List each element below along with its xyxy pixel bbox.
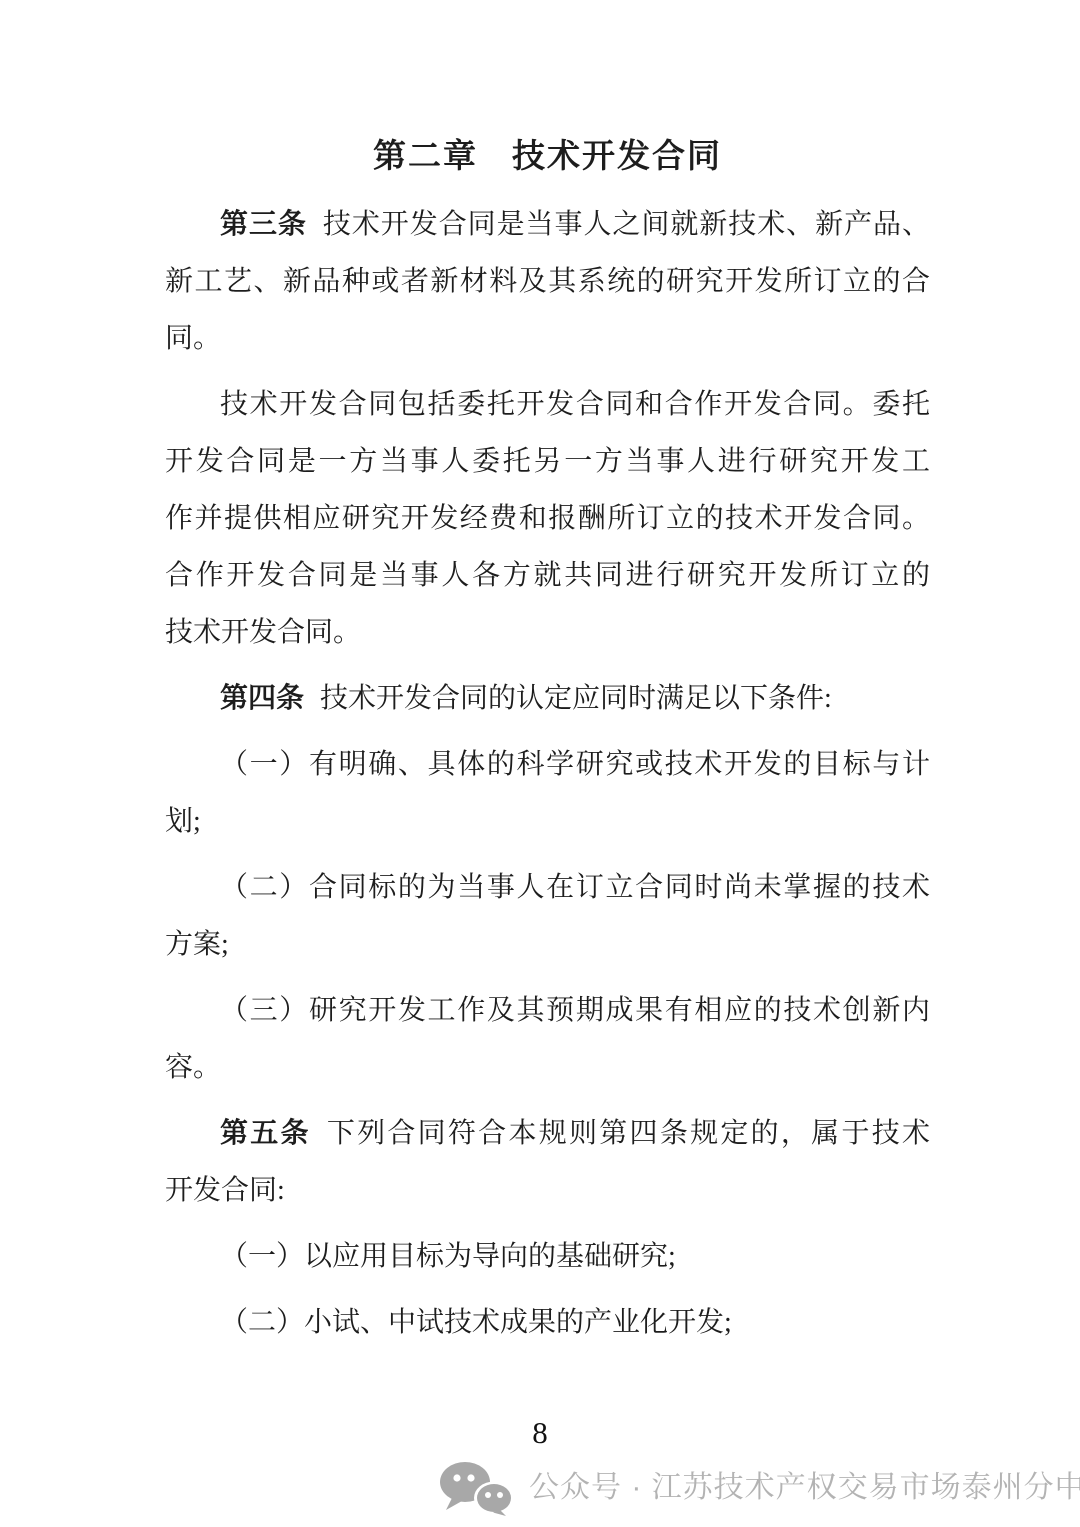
text-line: 技术开发合同包括委托开发合同和合作开发合同。委托 xyxy=(165,376,930,433)
chapter-number: 第二章 xyxy=(373,137,478,174)
text-line: 合作开发合同是当事人各方就共同进行研究开发所订立的 xyxy=(165,547,930,604)
text-line: 划; xyxy=(165,793,930,850)
footer-banner: 公众号 · 江苏技术产权交易市场泰州分中心 xyxy=(438,1460,1080,1516)
text-line: 第四条技术开发合同的认定应同时满足以下条件: xyxy=(165,670,930,727)
line-text: 开发合同是一方当事人委托另一方当事人进行研究开发工 xyxy=(165,446,930,477)
line-text: （三）研究开发工作及其预期成果有相应的技术创新内 xyxy=(220,995,930,1026)
text-line: 技术开发合同。 xyxy=(165,604,930,661)
line-text: 技术开发合同包括委托开发合同和合作开发合同。委托 xyxy=(220,389,930,420)
paragraph-list: 第三条技术开发合同是当事人之间就新技术、新产品、新工艺、新品种或者新材料及其系统… xyxy=(165,196,930,1351)
text-line: （二）合同标的为当事人在订立合同时尚未掌握的技术 xyxy=(165,859,930,916)
line-text: 技术开发合同是当事人之间就新技术、新产品、 xyxy=(323,209,930,240)
line-text: （二）小试、中试技术成果的产业化开发; xyxy=(220,1307,732,1338)
paragraph: （一）有明确、具体的科学研究或技术开发的目标与计划; xyxy=(165,736,930,850)
line-text: 容。 xyxy=(165,1052,221,1083)
text-line: （一）以应用目标为导向的基础研究; xyxy=(165,1228,930,1285)
chapter-name: 技术开发合同 xyxy=(512,137,722,174)
text-line: 开发合同: xyxy=(165,1162,930,1219)
text-line: 开发合同是一方当事人委托另一方当事人进行研究开发工 xyxy=(165,433,930,490)
text-line: 新工艺、新品种或者新材料及其系统的研究开发所订立的合 xyxy=(165,253,930,310)
text-line: （二）小试、中试技术成果的产业化开发; xyxy=(165,1294,930,1351)
chapter-title: 第二章技术开发合同 xyxy=(165,127,930,184)
footer-watermark-text: 公众号 · 江苏技术产权交易市场泰州分中心 xyxy=(529,1460,1080,1516)
paragraph: 第四条技术开发合同的认定应同时满足以下条件: xyxy=(165,670,930,727)
paragraph: 第三条技术开发合同是当事人之间就新技术、新产品、新工艺、新品种或者新材料及其系统… xyxy=(165,196,930,367)
article-number: 第四条 xyxy=(220,683,304,714)
page-number: 8 xyxy=(0,1404,1080,1461)
text-line: 方案; xyxy=(165,916,930,973)
text-line: 第五条下列合同符合本规则第四条规定的，属于技术 xyxy=(165,1105,930,1162)
line-text: （一）以应用目标为导向的基础研究; xyxy=(220,1241,676,1272)
document-page: 第二章技术开发合同 第三条技术开发合同是当事人之间就新技术、新产品、新工艺、新品… xyxy=(0,0,1080,1527)
article-number: 第三条 xyxy=(220,209,307,240)
text-line: （三）研究开发工作及其预期成果有相应的技术创新内 xyxy=(165,982,930,1039)
text-line: 第三条技术开发合同是当事人之间就新技术、新产品、 xyxy=(165,196,930,253)
wechat-icon xyxy=(438,1460,516,1516)
line-text: 划; xyxy=(165,806,201,837)
line-text: 新工艺、新品种或者新材料及其系统的研究开发所订立的合 xyxy=(165,266,930,297)
paragraph: （三）研究开发工作及其预期成果有相应的技术创新内容。 xyxy=(165,982,930,1096)
line-text: 开发合同: xyxy=(165,1175,285,1206)
line-text: （二）合同标的为当事人在订立合同时尚未掌握的技术 xyxy=(220,872,930,903)
text-line: 同。 xyxy=(165,310,930,367)
line-text: 合作开发合同是当事人各方就共同进行研究开发所订立的 xyxy=(165,560,930,591)
paragraph: （一）以应用目标为导向的基础研究; xyxy=(165,1228,930,1285)
text-line: 作并提供相应研究开发经费和报酬所订立的技术开发合同。 xyxy=(165,490,930,547)
text-line: 容。 xyxy=(165,1039,930,1096)
paragraph: （二）合同标的为当事人在订立合同时尚未掌握的技术方案; xyxy=(165,859,930,973)
paragraph: 第五条下列合同符合本规则第四条规定的，属于技术开发合同: xyxy=(165,1105,930,1219)
line-text: （一）有明确、具体的科学研究或技术开发的目标与计 xyxy=(220,749,930,780)
line-text: 技术开发合同的认定应同时满足以下条件: xyxy=(320,683,832,714)
line-text: 下列合同符合本规则第四条规定的，属于技术 xyxy=(327,1118,930,1149)
line-text: 同。 xyxy=(165,323,221,354)
line-text: 方案; xyxy=(165,929,229,960)
article-number: 第五条 xyxy=(220,1118,311,1149)
line-text: 技术开发合同。 xyxy=(165,617,361,648)
document-body: 第二章技术开发合同 第三条技术开发合同是当事人之间就新技术、新产品、新工艺、新品… xyxy=(165,127,930,1360)
paragraph: （二）小试、中试技术成果的产业化开发; xyxy=(165,1294,930,1351)
text-line: （一）有明确、具体的科学研究或技术开发的目标与计 xyxy=(165,736,930,793)
line-text: 作并提供相应研究开发经费和报酬所订立的技术开发合同。 xyxy=(165,503,930,534)
paragraph: 技术开发合同包括委托开发合同和合作开发合同。委托开发合同是一方当事人委托另一方当… xyxy=(165,376,930,661)
